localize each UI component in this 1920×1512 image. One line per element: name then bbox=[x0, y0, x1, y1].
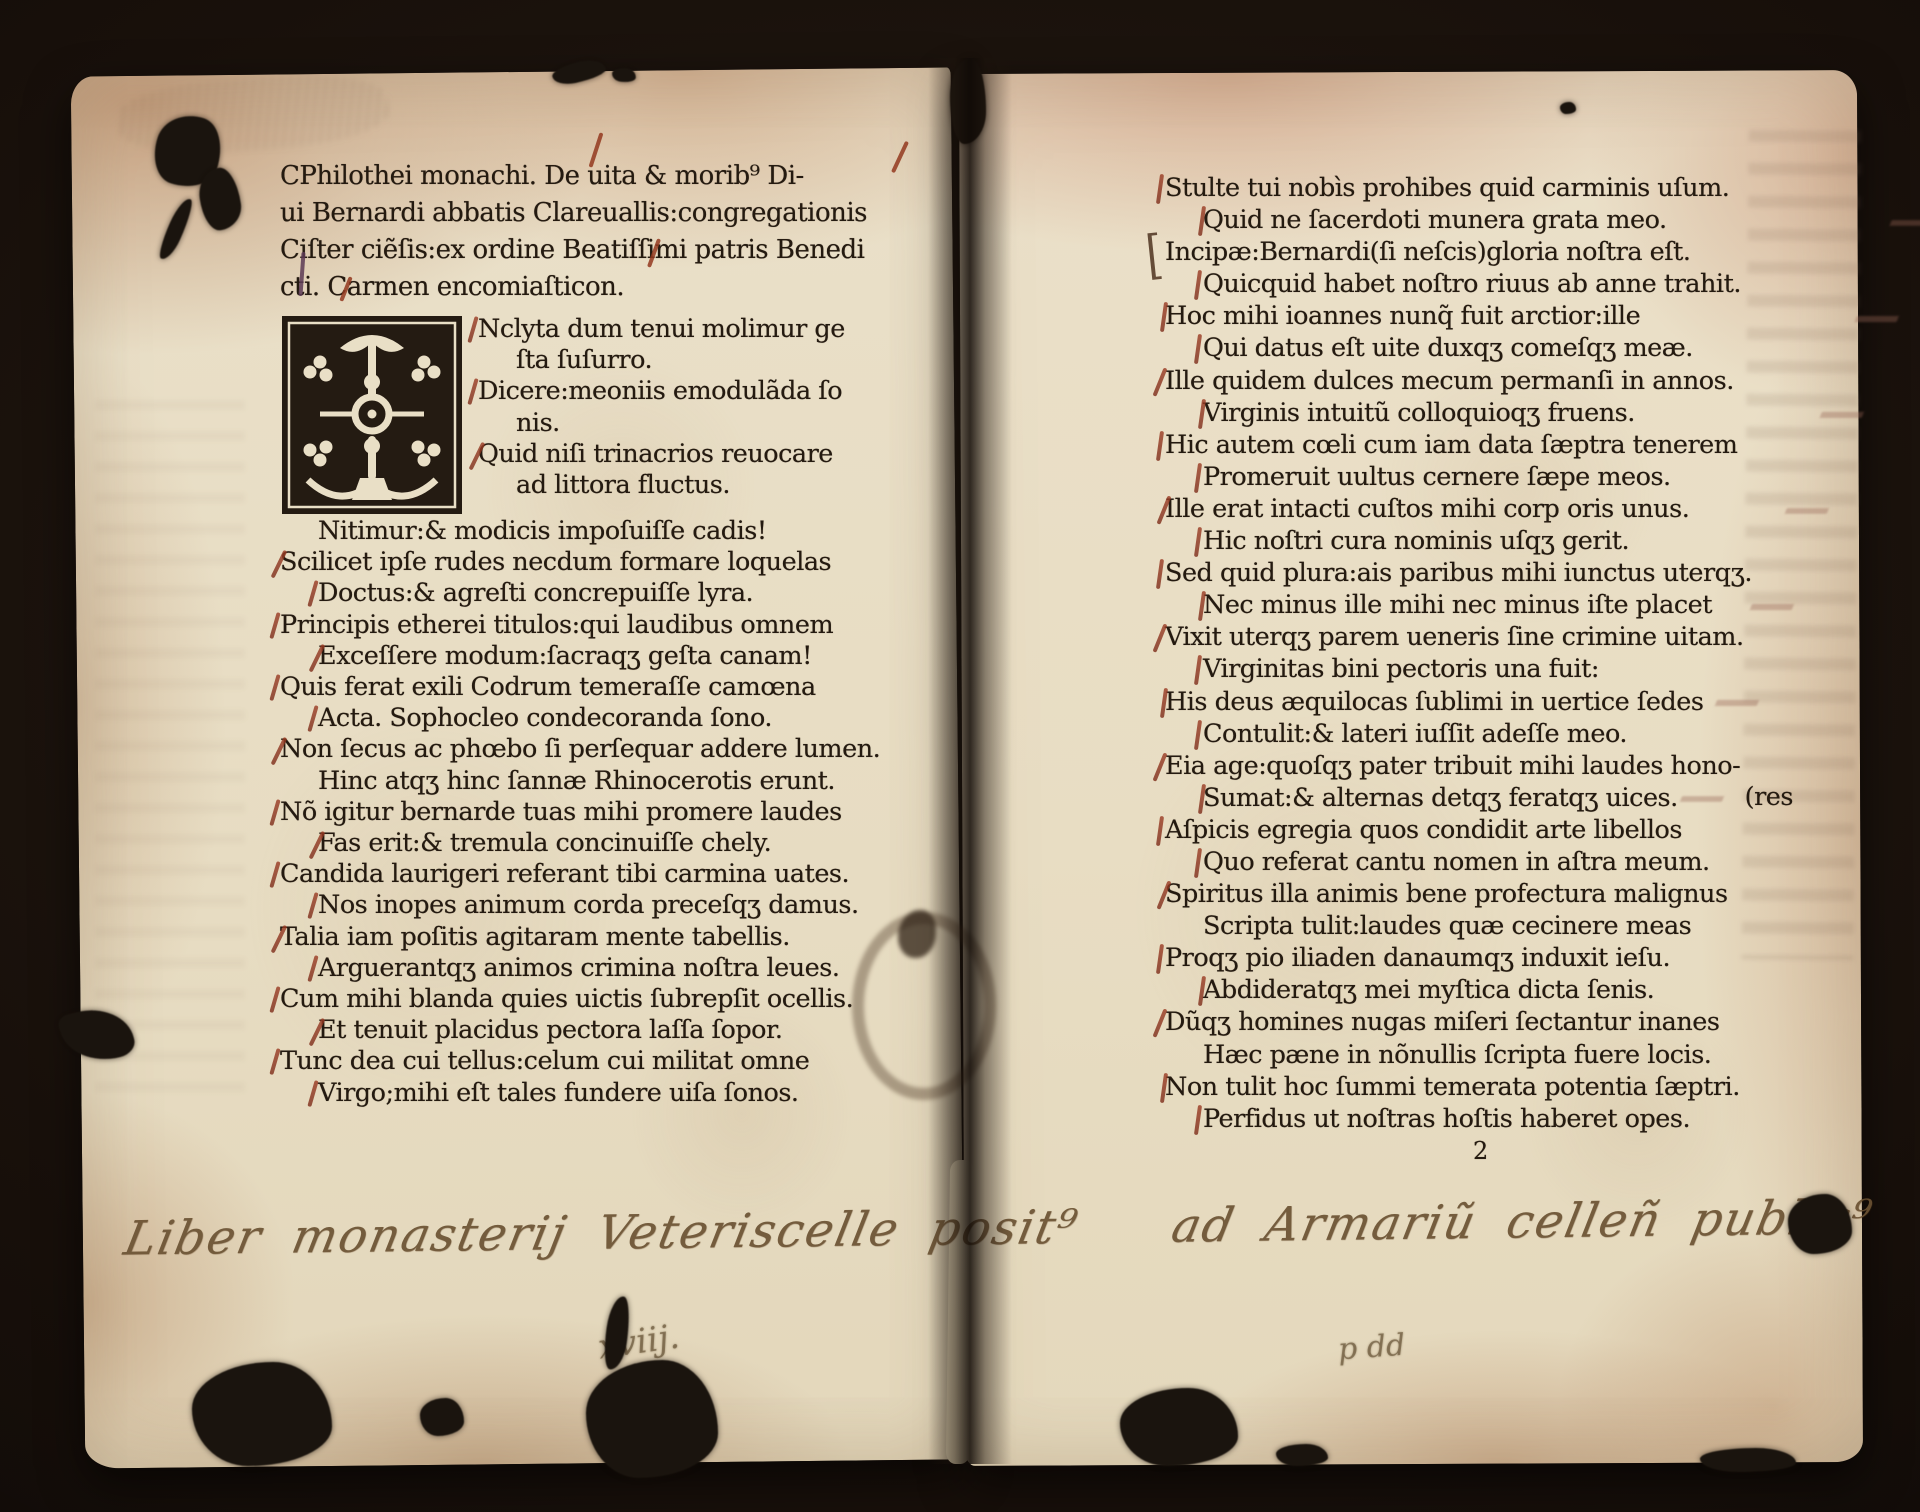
ink-blot bbox=[1700, 1448, 1796, 1472]
verse-line: Scripta tulit:laudes quæ cecinere meas bbox=[1165, 910, 1775, 942]
verse-line: Exceſſere modum:ſacraqʒ geſta canam! bbox=[280, 641, 886, 672]
right-text-block: Stulte tui nobìs prohibes quid carminis … bbox=[1165, 172, 1775, 1135]
opening-verse-lines: Nclyta dum tenui molimur geſta ſuſurro.D… bbox=[478, 314, 845, 516]
ink-blot bbox=[192, 1362, 332, 1466]
verse-line: Ille quidem dulces mecum permanſi in ann… bbox=[1165, 365, 1775, 397]
ink-blot bbox=[950, 58, 986, 144]
ink-blot bbox=[1788, 1194, 1852, 1254]
verse-line: Proqʒ pio iliaden danaumqʒ induxit ieſu. bbox=[1165, 942, 1775, 974]
verse-line: Eia age:quoſqʒ pater tribuit mihi laudes… bbox=[1165, 750, 1775, 782]
verse-line: Promeruit uultus cernere ſæpe meos. bbox=[1165, 461, 1775, 493]
photographed-book-scan: CPhilothei monachi. De uita & morib⁹ Di-… bbox=[0, 0, 1920, 1512]
verse-line: Perfidus ut noſtras hoſtis haberet opes. bbox=[1165, 1103, 1775, 1135]
verse-line: His deus æquilocas ſublimi in uertice ſe… bbox=[1165, 686, 1775, 718]
bleedthrough-text-left bbox=[95, 400, 245, 1100]
verse-line: Arguerantqʒ animos crimina noſtra leues. bbox=[280, 953, 886, 984]
verse-line: Nos inopes animum corda preceſqʒ damus. bbox=[280, 890, 886, 921]
verse-line: Fas erit:& tremula concinuiſſe chely. bbox=[280, 828, 886, 859]
verse-line: Candida laurigeri referant tibi carmina … bbox=[280, 859, 886, 890]
verse-line: Dũqʒ homines nugas miſeri ſectantur inan… bbox=[1165, 1006, 1775, 1038]
verse-line: Quicquid habet noſtro riuus ab anne trah… bbox=[1165, 268, 1775, 300]
verse-line: Hic noſtri cura nominis uſqʒ gerit. bbox=[1165, 525, 1775, 557]
ex-libris-text-right: ad Armariũ celleñ public⁹ bbox=[1167, 1190, 1878, 1254]
verse-line: Tunc dea cui tellus:celum cui militat om… bbox=[280, 1046, 886, 1077]
verse-line: Ille erat intacti cuſtos mihi corp oris … bbox=[1165, 493, 1775, 525]
verse-line: Hæc pæne in nõnullis ſcripta fuere locis… bbox=[1165, 1039, 1775, 1071]
ink-smudge-ring bbox=[852, 912, 996, 1100]
ink-blot bbox=[1120, 1388, 1238, 1466]
verse-line: Incipæ:Bernardi(ſi neſcis)gloria noſtra … bbox=[1165, 236, 1775, 268]
verse-line: Principis etherei titulos:qui laudibus o… bbox=[280, 610, 886, 641]
verse-line: ſta ſuſurro. bbox=[478, 345, 845, 376]
verse-line: Quis ferat exili Codrum temeraſſe camœna bbox=[280, 672, 886, 703]
verse-line: Vixit uterqʒ parem ueneris ſine crimine … bbox=[1165, 621, 1775, 653]
verse-line: Stulte tui nobìs prohibes quid carminis … bbox=[1165, 172, 1775, 204]
right-poem: Stulte tui nobìs prohibes quid carminis … bbox=[1165, 172, 1775, 1135]
left-poem: Nitimur:& modicis impoſuiſſe cadis!Scili… bbox=[280, 516, 886, 1109]
verse-line: Hinc atqʒ hinc ſannæ Rhinocerotis erunt. bbox=[280, 766, 886, 797]
heading-line: cti. Carmen encomiaſticon. bbox=[280, 269, 886, 306]
heading-line: ui Bernardi abbatis Clareuallis:congrega… bbox=[280, 195, 886, 232]
verse-line: Nitimur:& modicis impoſuiſſe cadis! bbox=[280, 516, 886, 547]
verse-line: Hoc mihi ioannes nunq̃ fuit arctior:ille bbox=[1165, 300, 1775, 332]
verse-line: Contulit:& lateri iuſſit adeſſe meo. bbox=[1165, 718, 1775, 750]
ex-libris-text-left: Liber monasterij Veteriscelle posit⁹ bbox=[120, 1200, 1083, 1267]
verse-line: Hic autem cœli cum iam data ſæptra tener… bbox=[1165, 429, 1775, 461]
verse-line: Quo referat cantu nomen in aſtra meum. bbox=[1165, 846, 1775, 878]
verse-line: Scilicet ipſe rudes necdum formare loque… bbox=[280, 547, 886, 578]
verse-turnover: (res bbox=[1745, 782, 1793, 812]
verse-line: Virginitas bini pectoris una fuit: bbox=[1165, 653, 1775, 685]
verse-line: Nõ igitur bernarde tuas mihi promere lau… bbox=[280, 797, 886, 828]
page-number: 2 bbox=[1473, 1137, 1488, 1165]
ink-blot bbox=[1560, 102, 1576, 114]
verse-line: Quid niſi trinacrios reuocare bbox=[478, 439, 845, 470]
verse-line: Virginis intuitũ colloquioqʒ fruens. bbox=[1165, 397, 1775, 429]
verse-line: Doctus:& agreſti concrepuiſſe lyra. bbox=[280, 578, 886, 609]
ink-blot bbox=[586, 1360, 718, 1478]
ink-blot bbox=[420, 1398, 464, 1436]
verse-line: Abdideratqʒ mei myſtica dicta ſenis. bbox=[1165, 974, 1775, 1006]
verse-line: Quid ne ſacerdoti munera grata meo. bbox=[1165, 204, 1775, 236]
heading-line: Ciſter ciẽſis:ex ordine Beatiſſimi patri… bbox=[280, 232, 886, 269]
verse-line: Et tenuit placidus pectora laſſa ſopor. bbox=[280, 1015, 886, 1046]
verse-line: Cum mihi blanda quies uictis ſubrepſit o… bbox=[280, 984, 886, 1015]
heading-line: CPhilothei monachi. De uita & morib⁹ Di- bbox=[280, 158, 886, 195]
verse-line: nis. bbox=[478, 408, 845, 439]
verse-line: Nclyta dum tenui molimur ge bbox=[478, 314, 845, 345]
chapter-heading: CPhilothei monachi. De uita & morib⁹ Di-… bbox=[280, 158, 886, 306]
verse-line: Sumat:& alternas detqʒ feratqʒ uices. bbox=[1165, 782, 1775, 814]
verse-line: Dicere:meoniis emodulãda ſo bbox=[478, 376, 845, 407]
left-text-block: CPhilothei monachi. De uita & morib⁹ Di-… bbox=[280, 158, 886, 1109]
faint-scribble-right: p dd bbox=[1337, 1328, 1406, 1368]
verse-line: Spiritus illa animis bene profectura mal… bbox=[1165, 878, 1775, 910]
verse-line: ad littora fluctus. bbox=[478, 470, 845, 501]
woodcut-initial-I-icon bbox=[280, 314, 464, 516]
verse-line: Acta. Sophocleo condecoranda ſono. bbox=[280, 703, 886, 734]
verse-line: Nec minus ille mihi nec minus iſte place… bbox=[1165, 589, 1775, 621]
verse-line: Qui datus eſt uite duxqʒ comeſqʒ meæ. bbox=[1165, 332, 1775, 364]
verse-line: Talia iam poſitis agitaram mente tabelli… bbox=[280, 922, 886, 953]
verse-line: Non ſecus ac phœbo ſi perſequar addere l… bbox=[280, 734, 886, 765]
poem-opening: Nclyta dum tenui molimur geſta ſuſurro.D… bbox=[280, 314, 886, 516]
verse-line: Aſpicis egregia quos condidit arte libel… bbox=[1165, 814, 1775, 846]
verse-line: Sed quid plura:ais paribus mihi iunctus … bbox=[1165, 557, 1775, 589]
verse-line: Virgo;mihi eſt tales fundere uiſa ſonos. bbox=[280, 1078, 886, 1109]
ink-blot bbox=[1276, 1444, 1328, 1466]
verse-line: Non tulit hoc ſummi temerata potentia ſæ… bbox=[1165, 1071, 1775, 1103]
